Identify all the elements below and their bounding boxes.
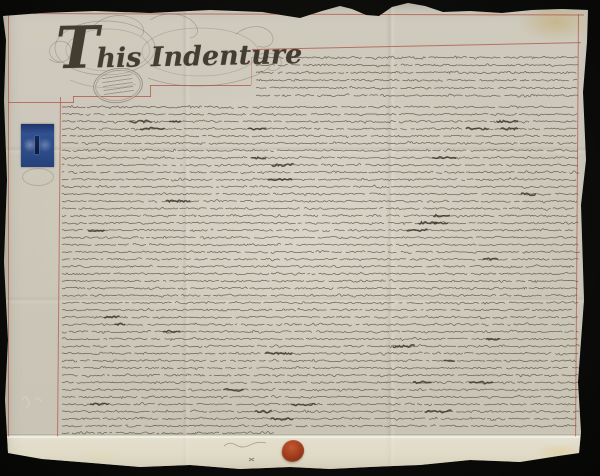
parchment-document: This Indenture <box>0 0 600 476</box>
blue-revenue-stamp-icon <box>21 124 54 167</box>
document-heading-text: This Indenture <box>56 39 303 75</box>
embossed-ring-icon <box>22 168 54 186</box>
document-heading: This Indenture <box>55 12 271 88</box>
photo-background: This Indenture <box>0 0 600 476</box>
